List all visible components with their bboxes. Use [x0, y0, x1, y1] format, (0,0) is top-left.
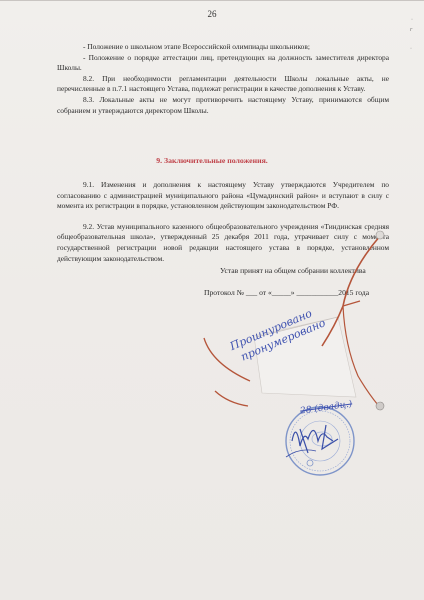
- paragraph: - Положение о порядке аттестации лиц, пр…: [57, 53, 389, 74]
- binding-thread: [215, 391, 248, 406]
- scan-speck: ·: [410, 46, 412, 52]
- scan-speck: ·: [181, 191, 183, 197]
- binding-thread: [343, 306, 378, 405]
- local-acts-block: - Положение о школьном этапе Всероссийск…: [57, 42, 389, 116]
- paragraph-9-2: 9.2. Устав муниципального казенного обще…: [57, 222, 389, 264]
- page-number: 26: [0, 9, 424, 19]
- thread-bead-icon: [376, 402, 384, 410]
- section-heading: 9. Заключительные положения.: [0, 156, 424, 165]
- handwritten-laced-note: Прошнуровано пронумеровано: [228, 303, 328, 366]
- paragraph: - Положение о школьном этапе Всероссийск…: [57, 42, 389, 53]
- paragraph-8-2: 8.2. При необходимости регламентации дея…: [57, 74, 389, 95]
- final-provisions-block: 9.1. Изменения и дополнения к настоящему…: [57, 180, 389, 264]
- adoption-statement: Устав принят на общем собрании коллектив…: [220, 266, 366, 275]
- director-signature: [292, 425, 338, 453]
- document-page: 26 - Положение о школьном этапе Всеросси…: [0, 0, 424, 600]
- scan-speck: ·: [411, 17, 413, 23]
- paragraph-8-3: 8.3. Локальные акты не могут противоречи…: [57, 95, 389, 116]
- official-seal-stamp: [286, 407, 354, 475]
- protocol-line: Протокол № ___ от «_____» ___________201…: [204, 288, 369, 297]
- paragraph-9-1: 9.1. Изменения и дополнения к настоящему…: [57, 180, 389, 212]
- scan-mark: r: [410, 27, 412, 33]
- handwritten-date: 28 (двадц.): [300, 399, 353, 416]
